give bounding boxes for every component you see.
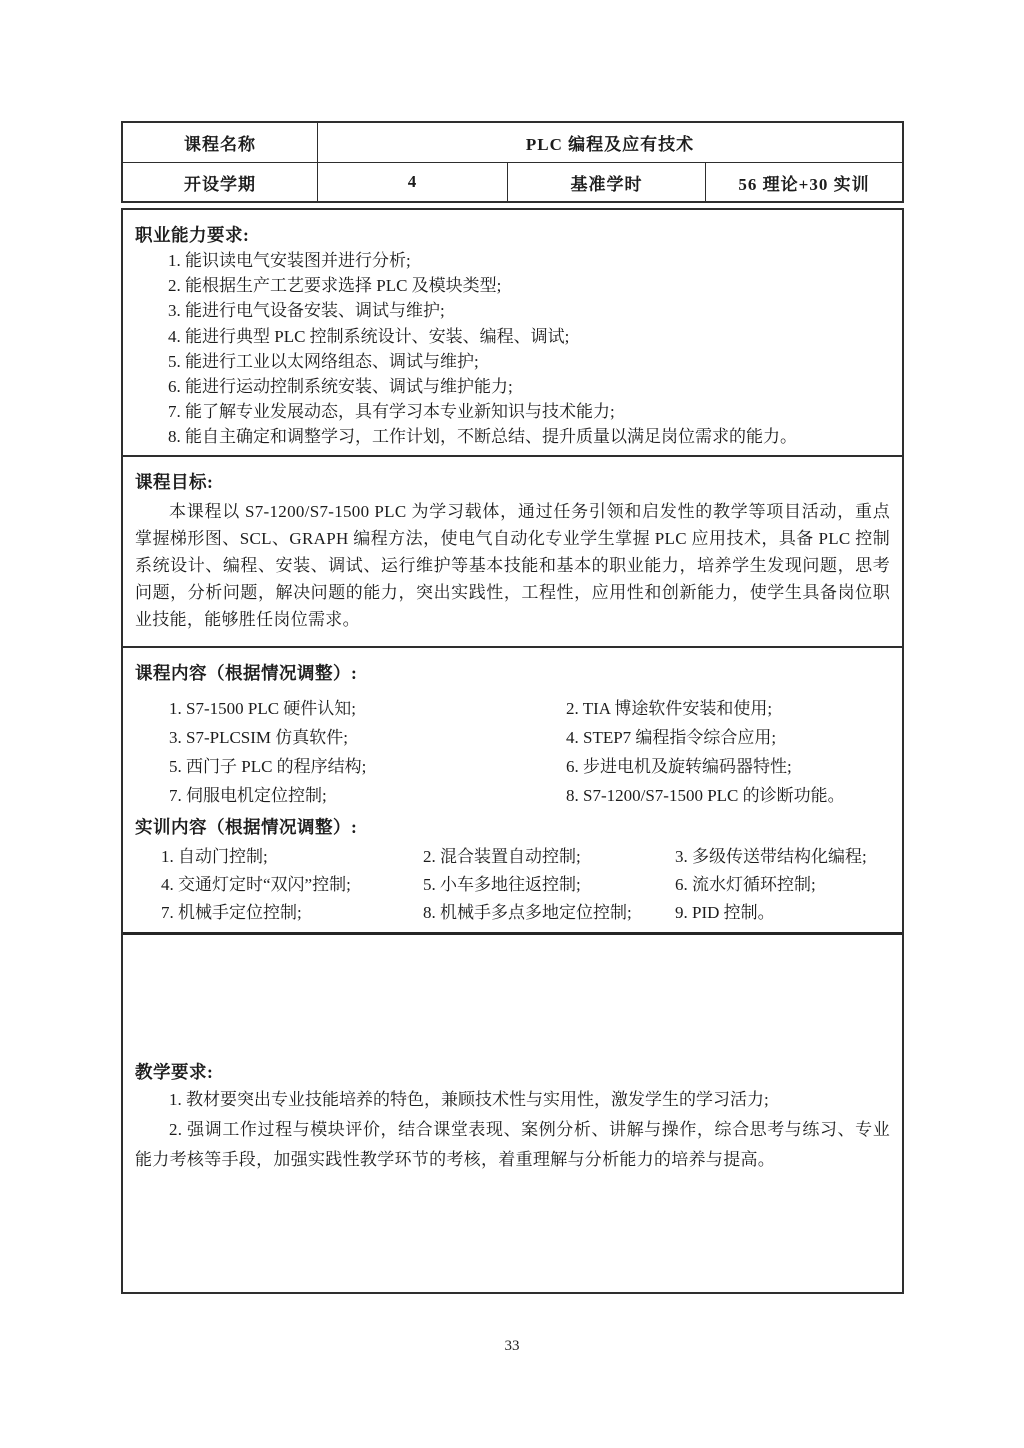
course-content-item: 3. S7-PLCSIM 仿真软件; [169, 723, 566, 752]
objective-paragraph: 本课程以 S7-1200/S7-1500 PLC 为学习载体，通过任务引领和启发… [135, 498, 890, 633]
training-item: 9. PID 控制。 [675, 899, 890, 927]
ability-item: 7. 能了解专业发展动态，具有学习本专业新知识与技术能力; [135, 399, 890, 424]
ability-item: 3. 能进行电气设备安装、调试与维护; [135, 298, 890, 323]
page-number: 33 [0, 1338, 1024, 1355]
training-item: 8. 机械手多点多地定位控制; [423, 899, 675, 927]
document-page: 课程名称 PLC 编程及应有技术 开设学期 4 基准学时 56 理论+30 实训… [0, 0, 1024, 1448]
course-content-grid: 1. S7-1500 PLC 硬件认知; 2. TIA 博途软件安装和使用; 3… [135, 694, 890, 810]
section-ability: 职业能力要求: 1. 能识读电气安装图并进行分析; 2. 能根据生产工艺要求选择… [123, 210, 902, 455]
course-content-item: 7. 伺服电机定位控制; [169, 781, 566, 810]
training-content-grid: 1. 自动门控制; 2. 混合装置自动控制; 3. 多级传送带结构化编程; 4.… [135, 843, 890, 927]
course-content-item: 8. S7-1200/S7-1500 PLC 的诊断功能。 [566, 781, 890, 810]
training-item: 7. 机械手定位控制; [161, 899, 423, 927]
course-content-heading: 课程内容（根据情况调整）: [135, 660, 890, 686]
ability-item: 2. 能根据生产工艺要求选择 PLC 及模块类型; [135, 273, 890, 298]
training-item: 4. 交通灯定时“双闪”控制; [161, 871, 423, 899]
teaching-heading: 教学要求: [135, 1059, 890, 1085]
training-item: 5. 小车多地往返控制; [423, 871, 675, 899]
course-content-item: 5. 西门子 PLC 的程序结构; [169, 752, 566, 781]
course-content-item: 6. 步进电机及旋转编码器特性; [566, 752, 890, 781]
hours-value: 56 理论+30 实训 [705, 162, 902, 201]
header-table: 课程名称 PLC 编程及应有技术 开设学期 4 基准学时 56 理论+30 实训 [121, 121, 904, 203]
training-item: 1. 自动门控制; [161, 843, 423, 871]
ability-item: 1. 能识读电气安装图并进行分析; [135, 248, 890, 273]
blank-area [135, 947, 890, 1059]
teaching-item: 1. 教材要突出专业技能培养的特色，兼顾技术性与实用性，激发学生的学习活力; [135, 1085, 890, 1115]
course-name-value: PLC 编程及应有技术 [317, 123, 902, 162]
ability-item: 6. 能进行运动控制系统安装、调试与维护能力; [135, 374, 890, 399]
semester-value: 4 [317, 162, 507, 201]
ability-item: 5. 能进行工业以太网络组态、调试与维护; [135, 349, 890, 374]
course-name-label: 课程名称 [123, 123, 317, 162]
section-teaching: 教学要求: 1. 教材要突出专业技能培养的特色，兼顾技术性与实用性，激发学生的学… [123, 932, 902, 1292]
hours-label: 基准学时 [507, 162, 705, 201]
course-content-item: 1. S7-1500 PLC 硬件认知; [169, 694, 566, 723]
section-content: 课程内容（根据情况调整）: 1. S7-1500 PLC 硬件认知; 2. TI… [123, 646, 902, 932]
main-box: 职业能力要求: 1. 能识读电气安装图并进行分析; 2. 能根据生产工艺要求选择… [121, 208, 904, 1294]
ability-list: 1. 能识读电气安装图并进行分析; 2. 能根据生产工艺要求选择 PLC 及模块… [135, 248, 890, 450]
teaching-item: 2. 强调工作过程与模块评价，结合课堂表现、案例分析、讲解与操作，综合思考与练习… [135, 1115, 890, 1175]
section-objective: 课程目标: 本课程以 S7-1200/S7-1500 PLC 为学习载体，通过任… [123, 455, 902, 646]
ability-heading: 职业能力要求: [135, 222, 890, 248]
objective-heading: 课程目标: [135, 469, 890, 495]
training-item: 3. 多级传送带结构化编程; [675, 843, 890, 871]
training-item: 2. 混合装置自动控制; [423, 843, 675, 871]
semester-label: 开设学期 [123, 162, 317, 201]
training-content-heading: 实训内容（根据情况调整）: [135, 814, 890, 840]
ability-item: 8. 能自主确定和调整学习，工作计划，不断总结、提升质量以满足岗位需求的能力。 [135, 424, 890, 449]
course-content-item: 4. STEP7 编程指令综合应用; [566, 723, 890, 752]
course-content-item: 2. TIA 博途软件安装和使用; [566, 694, 890, 723]
ability-item: 4. 能进行典型 PLC 控制系统设计、安装、编程、调试; [135, 324, 890, 349]
training-item: 6. 流水灯循环控制; [675, 871, 890, 899]
syllabus-table: 课程名称 PLC 编程及应有技术 开设学期 4 基准学时 56 理论+30 实训… [121, 121, 904, 1294]
